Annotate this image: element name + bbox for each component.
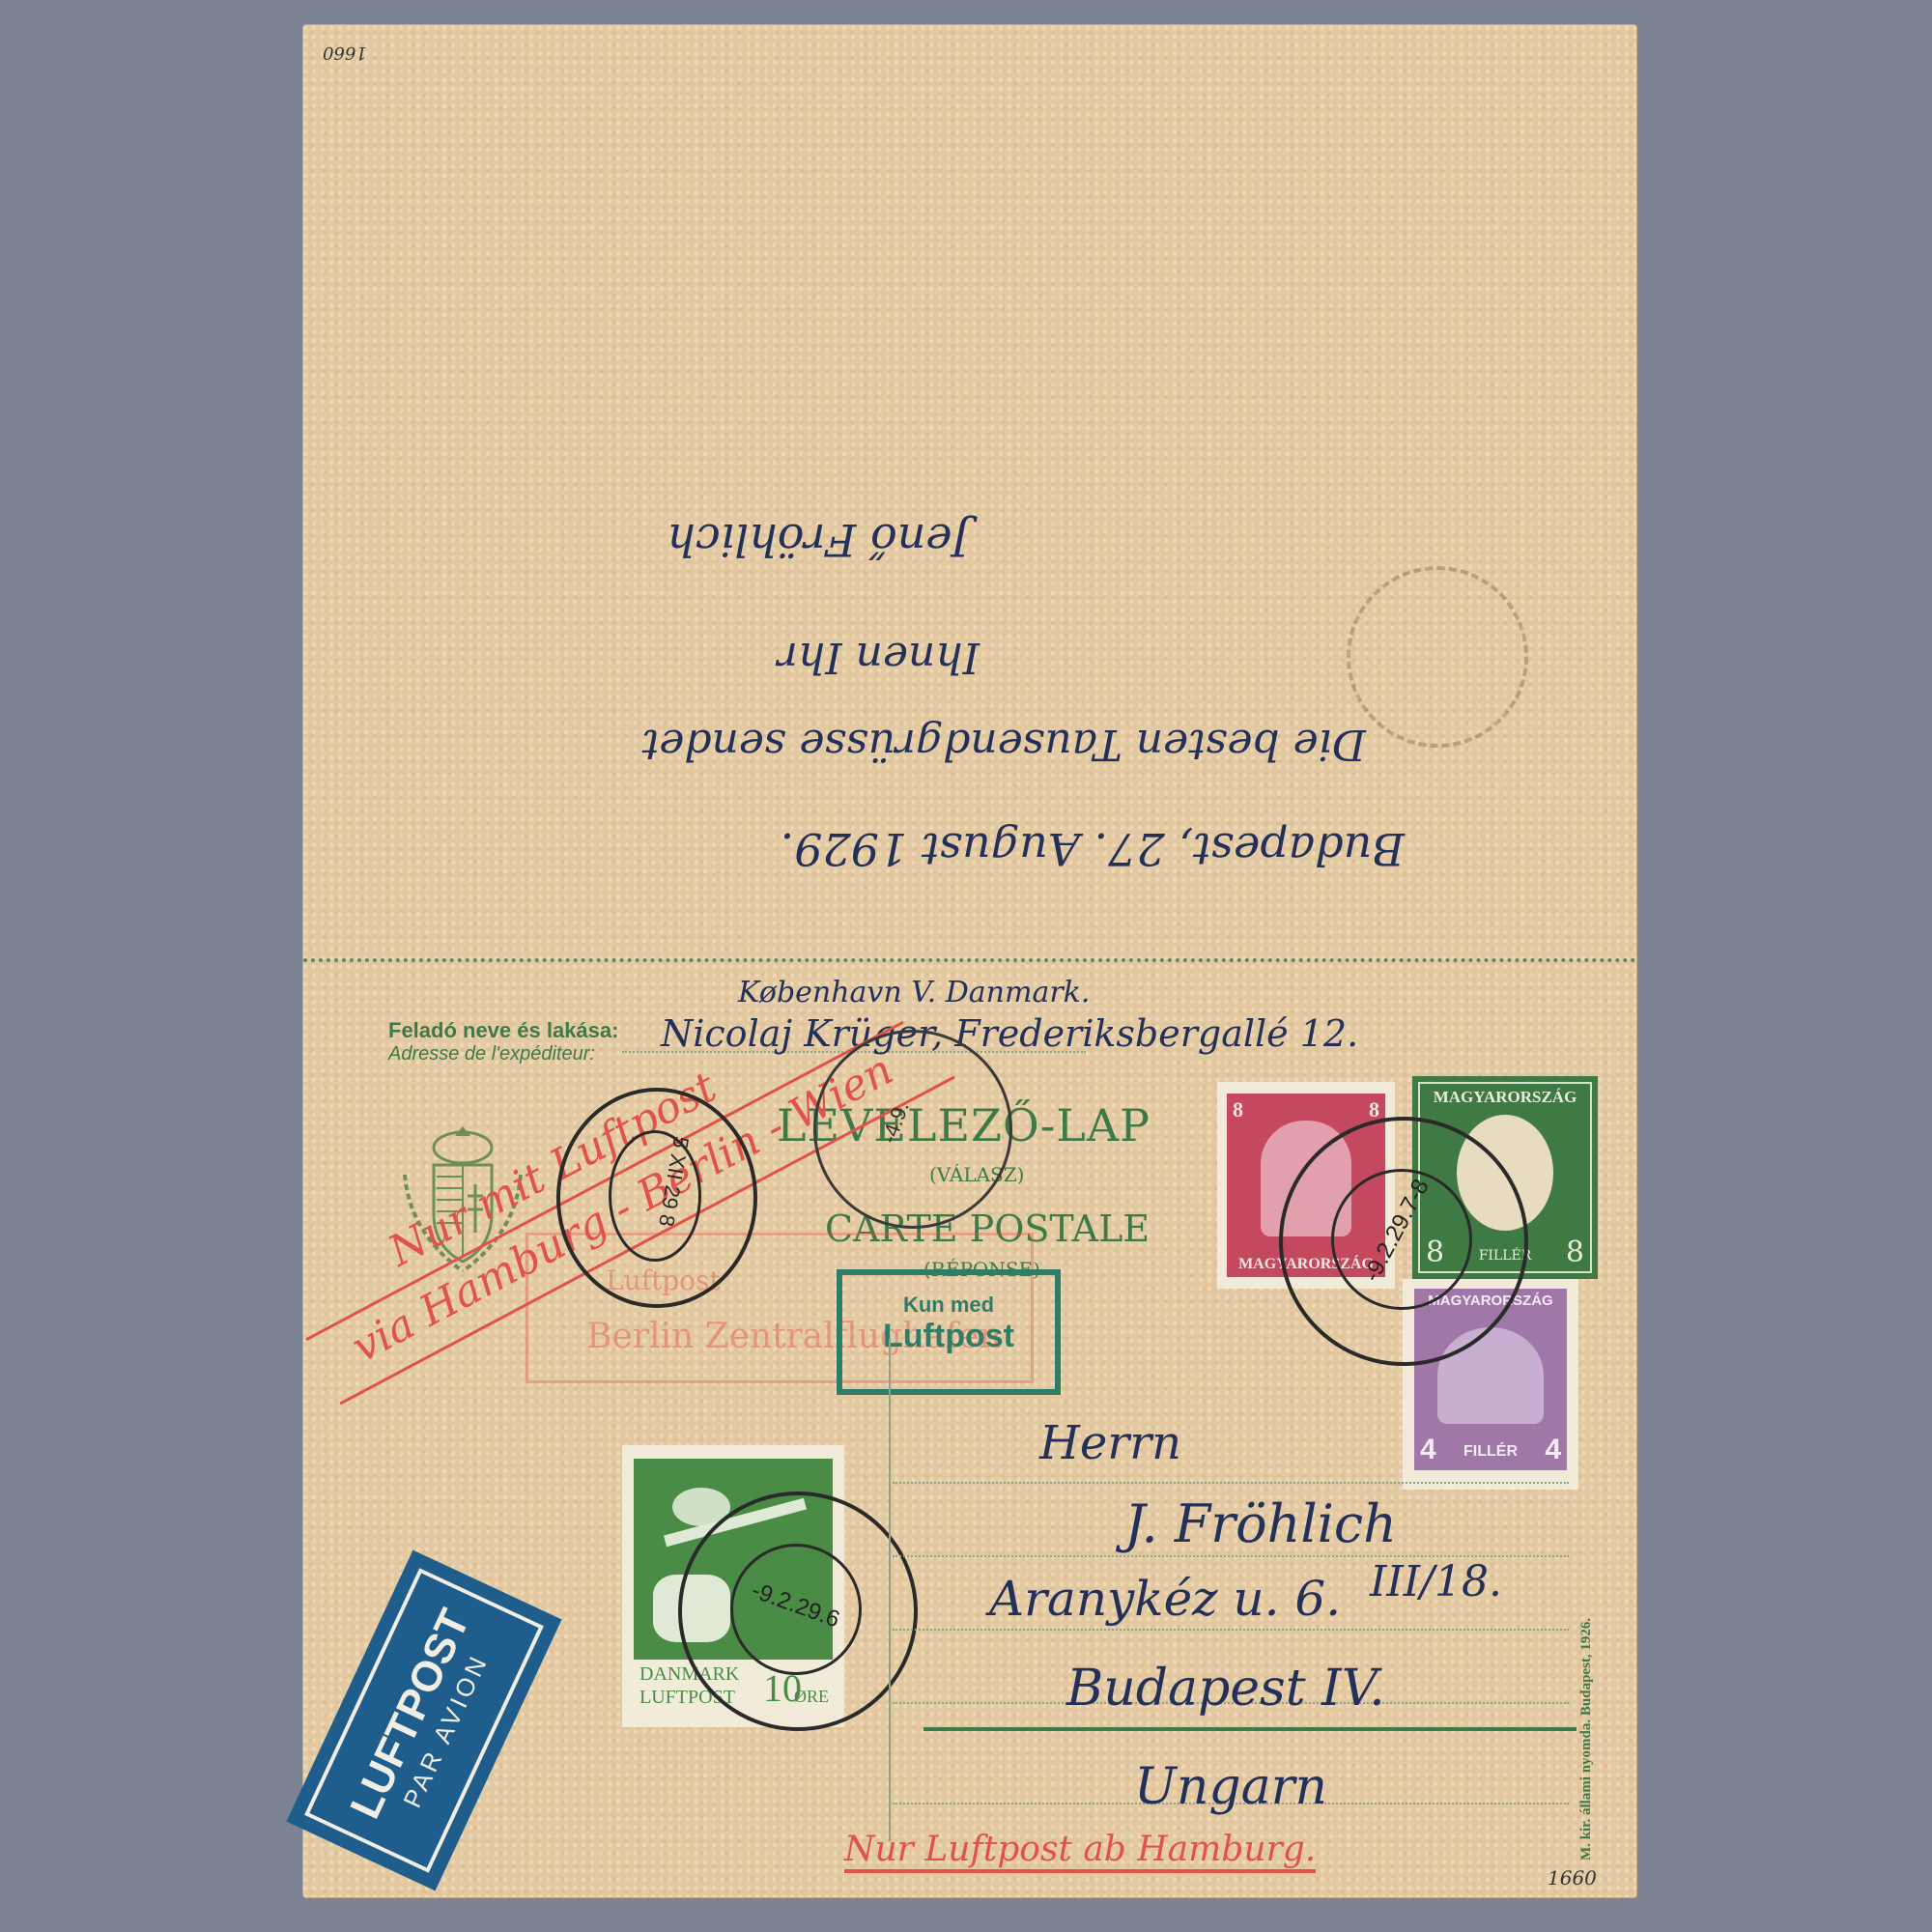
postmark-wien: 5 XII 29 8	[556, 1088, 757, 1308]
address-solid-line	[923, 1727, 1577, 1731]
faint-postmark	[1347, 566, 1528, 748]
recipient-name: J. Fröhlich	[1124, 1493, 1397, 1554]
recipient-salutation: Herrn	[1039, 1416, 1181, 1470]
perforation-line	[303, 958, 1636, 962]
airmail-label: LUFTPOST PAR AVION	[286, 1550, 561, 1891]
postmark-kobenhavn-1: -9.2.29.7-8	[1279, 1117, 1528, 1366]
message-line: Jenő Fröhlich	[667, 514, 970, 566]
message-line: Die besten Tausendgrüsse sendet	[642, 720, 1366, 769]
postal-card: 1660 1660 Budapest, 27. August 1929. Die…	[303, 25, 1636, 1897]
address-line	[893, 1482, 1569, 1484]
address-line	[893, 1629, 1569, 1631]
postmark-berlin: -4.9.	[813, 1030, 1012, 1229]
reply-message: Budapest, 27. August 1929. Die besten Ta…	[361, 450, 1424, 875]
archive-number-bottom: 1660	[1548, 1866, 1597, 1889]
sender-label-hu: Feladó neve és lakása:	[388, 1018, 618, 1043]
recipient-country: Ungarn	[1134, 1758, 1327, 1816]
message-line: Budapest, 27. August 1929.	[781, 823, 1405, 875]
archive-number-top: 1660	[323, 43, 367, 63]
sender-label-fr: Adresse de l'expéditeur:	[388, 1043, 595, 1065]
postmark-kobenhavn-2: -9.2.29.6	[678, 1492, 918, 1731]
recipient-apartment: III/18.	[1370, 1557, 1502, 1606]
divider-line	[889, 1339, 891, 1841]
red-bottom-note: Nur Luftpost ab Hamburg.	[844, 1830, 1316, 1873]
recipient-street: Aranykéz u. 6.	[989, 1571, 1341, 1627]
message-line: Ihnen Ihr	[778, 633, 980, 682]
recipient-city: Budapest IV.	[1066, 1660, 1385, 1718]
kun-med-luftpost-cachet: Kun med Luftpost	[837, 1269, 1061, 1395]
printer-imprint: M. kir. állami nyomda. Budapest, 1926.	[1578, 1618, 1595, 1861]
